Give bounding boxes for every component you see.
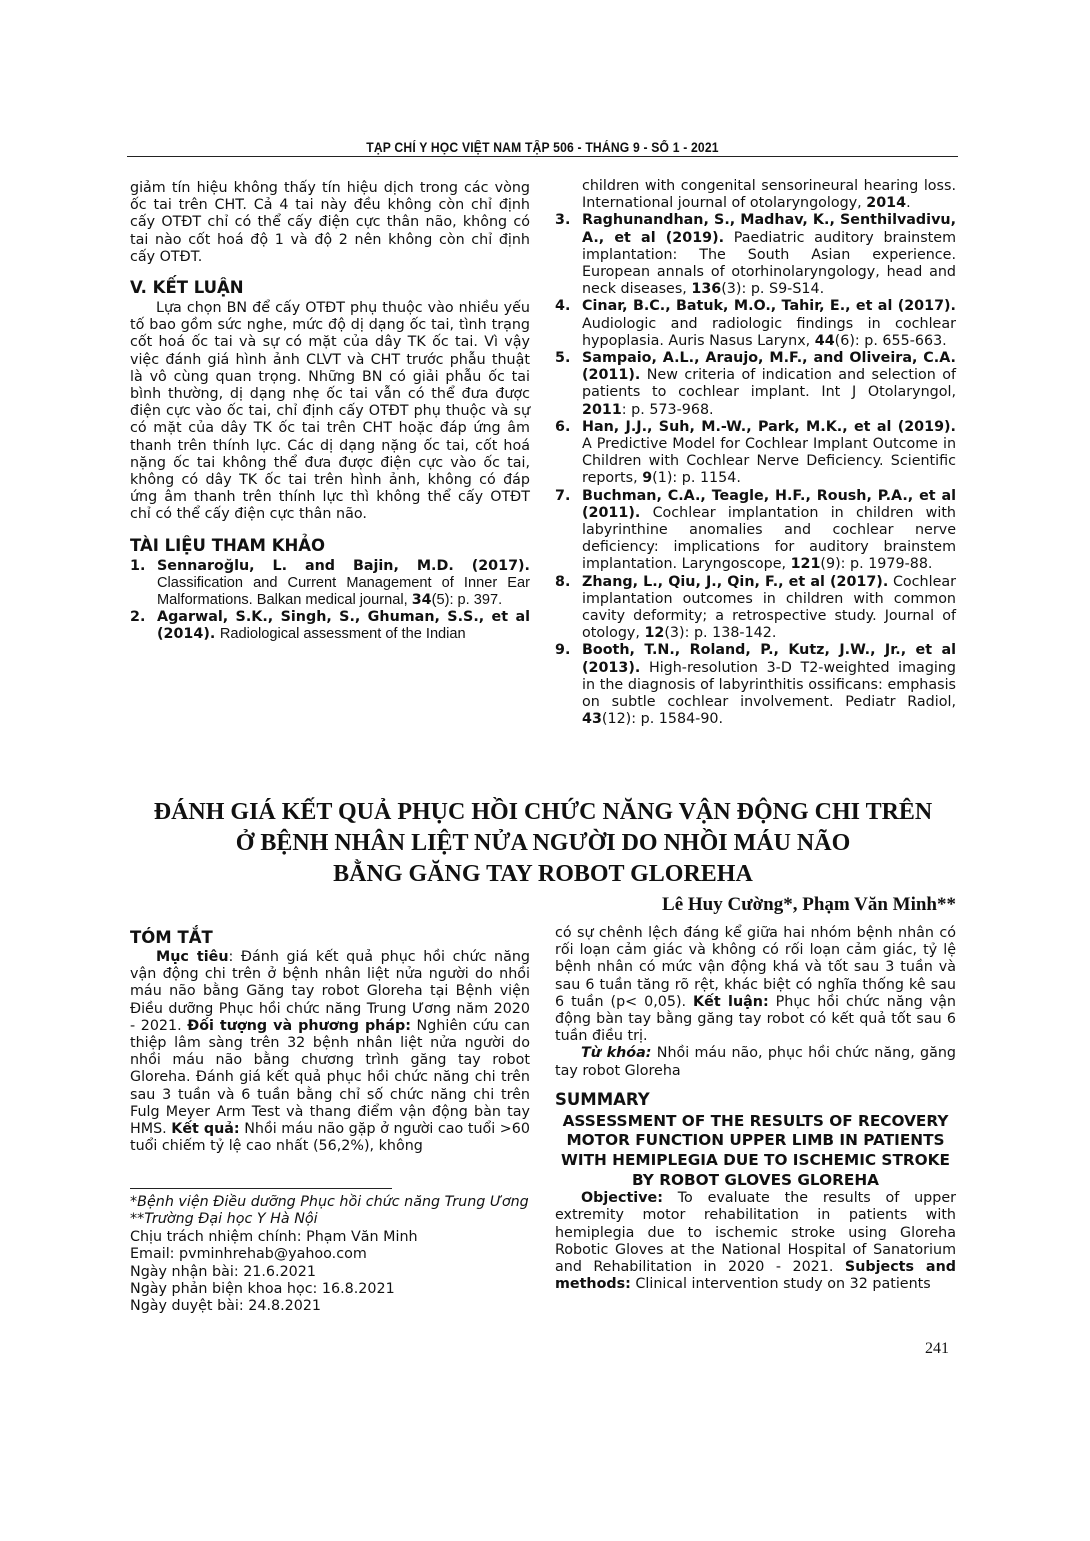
- reference-item-8: 8. Zhang, L., Qiu, J., Qin, F., et al (2…: [555, 574, 956, 643]
- reference-pages: (9): p. 1979-88.: [820, 556, 932, 572]
- methods-label: Đối tượng và phương pháp:: [187, 1018, 411, 1034]
- reference-volume: 44: [815, 333, 835, 349]
- article-title-line: ĐÁNH GIÁ KẾT QUẢ PHỤC HỒI CHỨC NĂNG VẬN …: [130, 797, 956, 828]
- reference-item-2: 2. Agarwal, S.K., Singh, S., Ghuman, S.S…: [130, 609, 530, 643]
- abstract-column: TÓM TẮT Mục tiêu: Đánh giá kết quả phục …: [130, 928, 530, 1155]
- reference-number: 8.: [555, 574, 582, 643]
- article-authors: Lê Huy Cường*, Phạm Văn Minh**: [662, 894, 956, 916]
- running-header: TẠP CHÍ Y HỌC VIỆT NAM TẬP 506 - THÁNG 9…: [169, 140, 917, 155]
- reference-item-4: 4. Cinar, B.C., Batuk, M.O., Tahir, E., …: [555, 298, 956, 350]
- summary-text: Objective: To evaluate the results of up…: [555, 1190, 956, 1293]
- reference-authors: Zhang, L., Qiu, J., Qin, F., et al (2017…: [582, 574, 888, 590]
- summary-title: ASSESSMENT OF THE RESULTS OF RECOVERY MO…: [555, 1112, 956, 1190]
- reference-item-7: 7. Buchman, C.A., Teagle, H.F., Roush, P…: [555, 488, 956, 574]
- reference-number: 3.: [555, 212, 582, 298]
- conclusion-heading: V. KẾT LUẬN: [130, 278, 530, 298]
- reference-number: 1.: [130, 558, 157, 610]
- reviewed-date: Ngày phản biện khoa học: 16.8.2021: [130, 1281, 550, 1298]
- received-date: Ngày nhận bài: 21.6.2021: [130, 1264, 550, 1281]
- reference-volume: 121: [791, 556, 821, 572]
- reference-text: A Predictive Model for Cochlear Implant …: [582, 436, 956, 486]
- reference-pages: (6): p. 655-663.: [835, 333, 947, 349]
- abstract-continued: có sự chênh lệch đáng kể giữa hai nhóm b…: [555, 925, 956, 1045]
- reference-authors: Sennaroğlu, L. and Bajin, M.D. (2017).: [157, 558, 530, 574]
- reference-volume: 136: [691, 281, 721, 297]
- reference-authors: Cinar, B.C., Batuk, M.O., Tahir, E., et …: [582, 298, 956, 314]
- references-heading: TÀI LIỆU THAM KHẢO: [130, 536, 530, 556]
- methods-text: Nghiên cứu can thiệp lâm sàng trên 32 bệ…: [130, 1018, 530, 1137]
- reference-volume: 12: [644, 625, 664, 641]
- right-column-top: children with congenital sensorineural h…: [555, 178, 956, 729]
- header-rule: [127, 156, 958, 157]
- reference-pages: (12): p. 1584-90.: [602, 711, 723, 727]
- results-label: Kết quả:: [171, 1121, 239, 1137]
- reference-volume: 2014: [866, 195, 906, 211]
- conclusion-label: Kết luận:: [693, 994, 769, 1010]
- article-title: ĐÁNH GIÁ KẾT QUẢ PHỤC HỒI CHỨC NĂNG VẬN …: [130, 797, 956, 890]
- reference-pages: .: [906, 195, 911, 211]
- conclusion-text: Lựa chọn BN để cấy OTĐT phụ thuộc vào nh…: [130, 300, 530, 524]
- article-title-line: BẰNG GĂNG TAY ROBOT GLOREHA: [130, 859, 956, 890]
- keywords-label: Từ khóa:: [581, 1045, 652, 1061]
- abstract-column-right: có sự chênh lệch đáng kể giữa hai nhóm b…: [555, 925, 956, 1293]
- reference-item-2-continued: children with congenital sensorineural h…: [555, 178, 956, 212]
- reference-number: 6.: [555, 419, 582, 488]
- reference-number: 2.: [130, 609, 157, 643]
- continued-paragraph: giảm tín hiệu không thấy tín hiệu dịch t…: [130, 180, 530, 266]
- summary-methods-text: Clinical intervention study on 32 patien…: [631, 1276, 931, 1292]
- reference-item-3: 3. Raghunandhan, S., Madhav, K., Senthil…: [555, 212, 956, 298]
- reference-volume: 9: [642, 470, 652, 486]
- abstract-text: Mục tiêu: Đánh giá kết quả phục hồi chức…: [130, 949, 530, 1155]
- accepted-date: Ngày duyệt bài: 24.8.2021: [130, 1298, 550, 1315]
- reference-volume: 43: [582, 711, 602, 727]
- reference-number: 7.: [555, 488, 582, 574]
- reference-number: 4.: [555, 298, 582, 350]
- footnote-rule: [130, 1188, 392, 1189]
- reference-item-1: 1. Sennaroğlu, L. and Bajin, M.D. (2017)…: [130, 558, 530, 610]
- reference-pages: (3): p. S9-S14.: [721, 281, 824, 297]
- corresponding-author: Chịu trách nhiệm chính: Phạm Văn Minh: [130, 1229, 550, 1246]
- summary-objective-label: Objective:: [581, 1190, 663, 1206]
- reference-pages: (3): p. 138-142.: [664, 625, 776, 641]
- reference-number: 9.: [555, 642, 582, 728]
- reference-volume: 34: [412, 592, 432, 608]
- summary-heading: SUMMARY: [555, 1090, 956, 1110]
- article-title-line: Ở BỆNH NHÂN LIỆT NỬA NGƯỜI DO NHỒI MÁU N…: [130, 828, 956, 859]
- reference-item-5: 5. Sampaio, A.L., Araujo, M.F., and Oliv…: [555, 350, 956, 419]
- reference-pages: (1): p. 1154.: [652, 470, 741, 486]
- keywords: Từ khóa: Nhồi máu não, phục hồi chức năn…: [555, 1045, 956, 1079]
- affiliation-2: **Trường Đại học Y Hà Nội: [130, 1211, 550, 1228]
- abstract-heading: TÓM TẮT: [130, 928, 530, 948]
- reference-authors: Han, J.J., Suh, M.-W., Park, M.K., et al…: [582, 419, 956, 435]
- footnotes: *Bệnh viện Điều dưỡng Phục hồi chức năng…: [130, 1194, 550, 1316]
- reference-pages: : p. 573-968.: [622, 402, 714, 418]
- reference-pages: (5): p. 397.: [432, 592, 503, 608]
- page-number: 241: [925, 1340, 949, 1358]
- email: Email: pvminhrehab@yahoo.com: [130, 1246, 550, 1263]
- reference-item-9: 9. Booth, T.N., Roland, P., Kutz, J.W., …: [555, 642, 956, 728]
- objective-label: Mục tiêu: [156, 949, 229, 965]
- reference-number: 5.: [555, 350, 582, 419]
- affiliation-1: *Bệnh viện Điều dưỡng Phục hồi chức năng…: [130, 1194, 550, 1211]
- reference-volume: 2011: [582, 402, 622, 418]
- reference-item-6: 6. Han, J.J., Suh, M.-W., Park, M.K., et…: [555, 419, 956, 488]
- left-column-top: giảm tín hiệu không thấy tín hiệu dịch t…: [130, 180, 530, 644]
